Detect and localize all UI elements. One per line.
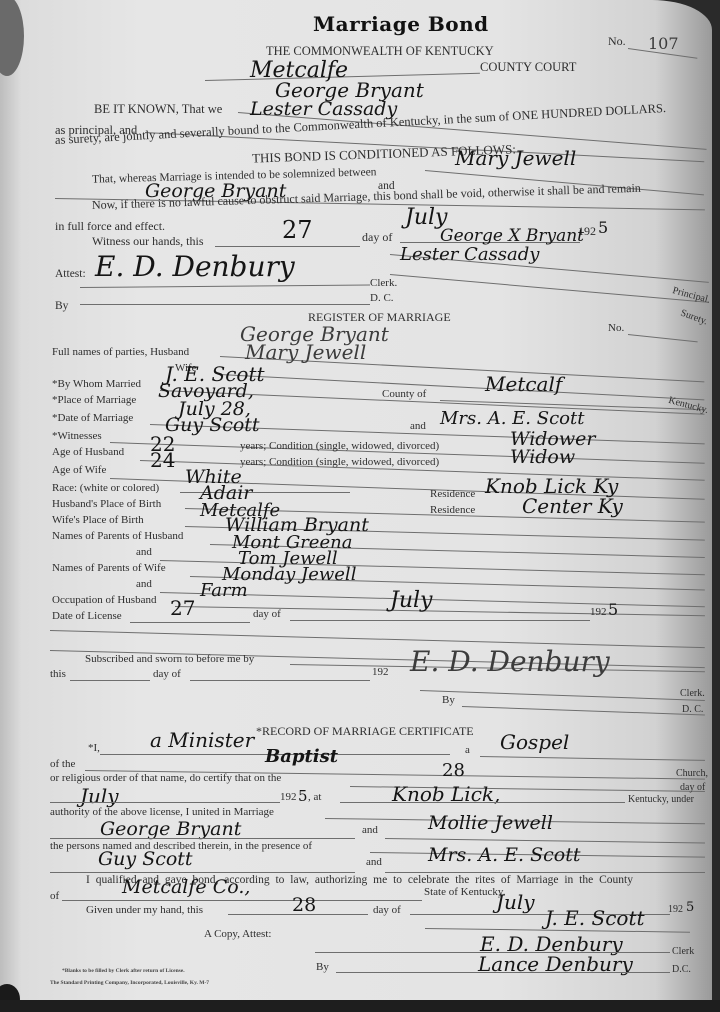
church-label: Church, — [676, 768, 708, 779]
occupation-value: Farm — [200, 580, 248, 601]
certificate-a-label: a — [465, 744, 470, 756]
minister-signature: J. E. Scott — [545, 906, 645, 930]
state-of-kentucky-label: State of Kentucky. — [424, 886, 505, 898]
footnote: *Blanks to be filled by Clerk after retu… — [62, 968, 185, 974]
parents-husband-label: Names of Parents of Husband — [52, 530, 183, 542]
marriage-bond-page: Marriage Bond No. 107 THE COMMONWEALTH O… — [0, 0, 712, 1000]
wife-birth-label: Wife's Place of Birth — [52, 514, 144, 526]
county-court-label: COUNTY COURT — [480, 60, 576, 75]
given-year: 5 — [686, 900, 694, 915]
certificate-witnesses-and: and — [366, 856, 382, 868]
clerk-label: Clerk. — [370, 277, 397, 289]
husband-residence-label: Residence — [430, 488, 475, 500]
age-husband-label: Age of Husband — [52, 446, 124, 458]
wife-residence-label: Residence — [430, 504, 475, 516]
church-value: Baptist — [265, 746, 338, 767]
certificate-at-label: , at — [308, 791, 321, 803]
given-month: July — [496, 890, 535, 914]
witnesses-label: *Witnesses — [52, 430, 102, 442]
race-label: Race: (white or colored) — [52, 482, 159, 494]
surety-label: Surety. — [679, 308, 709, 328]
kentucky-under-label: Kentucky, under — [628, 794, 694, 805]
printer-credit: The Standard Printing Company, Incorpora… — [50, 980, 209, 986]
bride-name: Mary Jewell — [455, 146, 576, 170]
license-month: July — [390, 588, 432, 613]
dc-label: D. C. — [370, 292, 394, 304]
condition-wife-label: years; Condition (single, widowed, divor… — [240, 456, 439, 468]
parents-wife-and: and — [136, 578, 152, 590]
principal-signature: George X Bryant — [440, 226, 584, 246]
subscribed-year-prefix: 192 — [372, 666, 389, 678]
register-wife-name: Mary Jewell — [245, 340, 366, 364]
certificate-year: 5 — [298, 787, 308, 805]
bond-day: 27 — [282, 216, 313, 244]
husband-birth-label: Husband's Place of Birth — [52, 498, 161, 510]
religious-order-text: or religious order of that name, do cert… — [50, 772, 281, 784]
register-dc-label: D. C. — [682, 704, 703, 715]
page-bottom-edge — [0, 1000, 720, 1012]
full-force-text: in full force and effect. — [55, 219, 165, 234]
condition-husband-label: years; Condition (single, widowed, divor… — [240, 440, 439, 452]
thumb-shadow — [0, 0, 24, 76]
certificate-bride: Mollie Jewell — [428, 812, 553, 834]
parents-husband-and: and — [136, 546, 152, 558]
bond-number: 107 — [648, 34, 679, 53]
full-names-label: Full names of parties, Husband — [52, 346, 189, 358]
date-of-marriage-label: *Date of Marriage — [52, 412, 133, 424]
subscribed-text: Subscribed and sworn to before me by — [85, 653, 254, 665]
date-of-license-label: Date of License — [52, 610, 122, 622]
license-year-prefix: 192 — [590, 606, 607, 618]
county-of-value: Metcalf — [485, 372, 562, 396]
license-day-of-label: day of — [253, 608, 281, 620]
given-day-of-label: day of — [373, 904, 401, 916]
license-day: 27 — [170, 596, 195, 620]
clerk-signature: E. D. Denbury — [95, 250, 295, 283]
given-year-prefix: 192 — [668, 904, 683, 915]
given-under-text: Given under my hand, this — [86, 904, 203, 916]
license-year: 5 — [608, 600, 618, 619]
wife-residence-value: Center Ky — [522, 494, 623, 518]
place-of-marriage-label: *Place of Marriage — [52, 394, 136, 406]
register-by-label: By — [442, 694, 455, 706]
certificate-i-label: *I, — [88, 742, 100, 754]
county-of-label: County of — [382, 388, 426, 400]
certificate-witness1: Guy Scott — [98, 848, 193, 870]
occupation-label: Occupation of Husband — [52, 594, 156, 606]
be-it-known-text: BE IT KNOWN, That we — [94, 102, 222, 117]
register-clerk-label: Clerk. — [680, 688, 705, 699]
certificate-county: Metcalfe Co., — [122, 876, 250, 898]
bond-year: 5 — [598, 218, 608, 237]
certificate-day: 28 — [442, 760, 465, 781]
condition-wife-value: Widow — [510, 446, 575, 468]
principal-label: Principal. — [671, 285, 711, 306]
certificate-witness2: Mrs. A. E. Scott — [428, 844, 580, 866]
certificate-groom: George Bryant — [100, 818, 241, 840]
witness-hands-text: Witness our hands, this — [92, 234, 204, 249]
witnesses-and-label: and — [410, 420, 426, 432]
witness2-value: Mrs. A. E. Scott — [440, 408, 584, 429]
certificate-and-label: and — [362, 824, 378, 836]
subscribed-day-of-label: day of — [153, 668, 181, 680]
parents-wife-label: Names of Parents of Wife — [52, 562, 166, 574]
of-the-label: of the — [50, 758, 75, 770]
commonwealth-heading: THE COMMONWEALTH OF KENTUCKY — [266, 44, 494, 59]
number-label: No. — [608, 34, 626, 49]
age-wife-value: 24 — [150, 448, 175, 472]
certificate-heading: *RECORD OF MARRIAGE CERTIFICATE — [256, 724, 474, 739]
gospel-value: Gospel — [500, 730, 569, 754]
certificate-month: July — [80, 784, 119, 808]
certificate-dc-label: D.C. — [672, 964, 691, 975]
copy-attest-label: A Copy, Attest: — [204, 928, 271, 940]
certificate-day-of-label: day of — [680, 782, 705, 793]
this-label: this — [50, 668, 66, 680]
certificate-by-label: By — [316, 961, 329, 973]
day-of-label: day of — [362, 230, 392, 245]
minister-value: a Minister — [150, 728, 254, 752]
witness1-value: Guy Scott — [165, 414, 260, 436]
age-wife-label: Age of Wife — [52, 464, 106, 476]
register-no-label: No. — [608, 322, 624, 334]
by-label: By — [55, 300, 68, 312]
document-title: Marriage Bond — [313, 12, 489, 36]
register-clerk-signature: E. D. Denbury — [410, 645, 610, 678]
given-day: 28 — [292, 894, 316, 916]
authority-text: authority of the above license, I united… — [50, 806, 274, 818]
certificate-year-prefix: 192 — [280, 791, 297, 803]
by-whom-label: *By Whom Married — [52, 378, 141, 390]
certificate-clerk-label: Clerk — [672, 946, 694, 957]
surety-signature: Lester Cassady — [400, 244, 539, 265]
attest-label: Attest: — [55, 268, 86, 280]
certificate-of-label: of — [50, 890, 59, 902]
